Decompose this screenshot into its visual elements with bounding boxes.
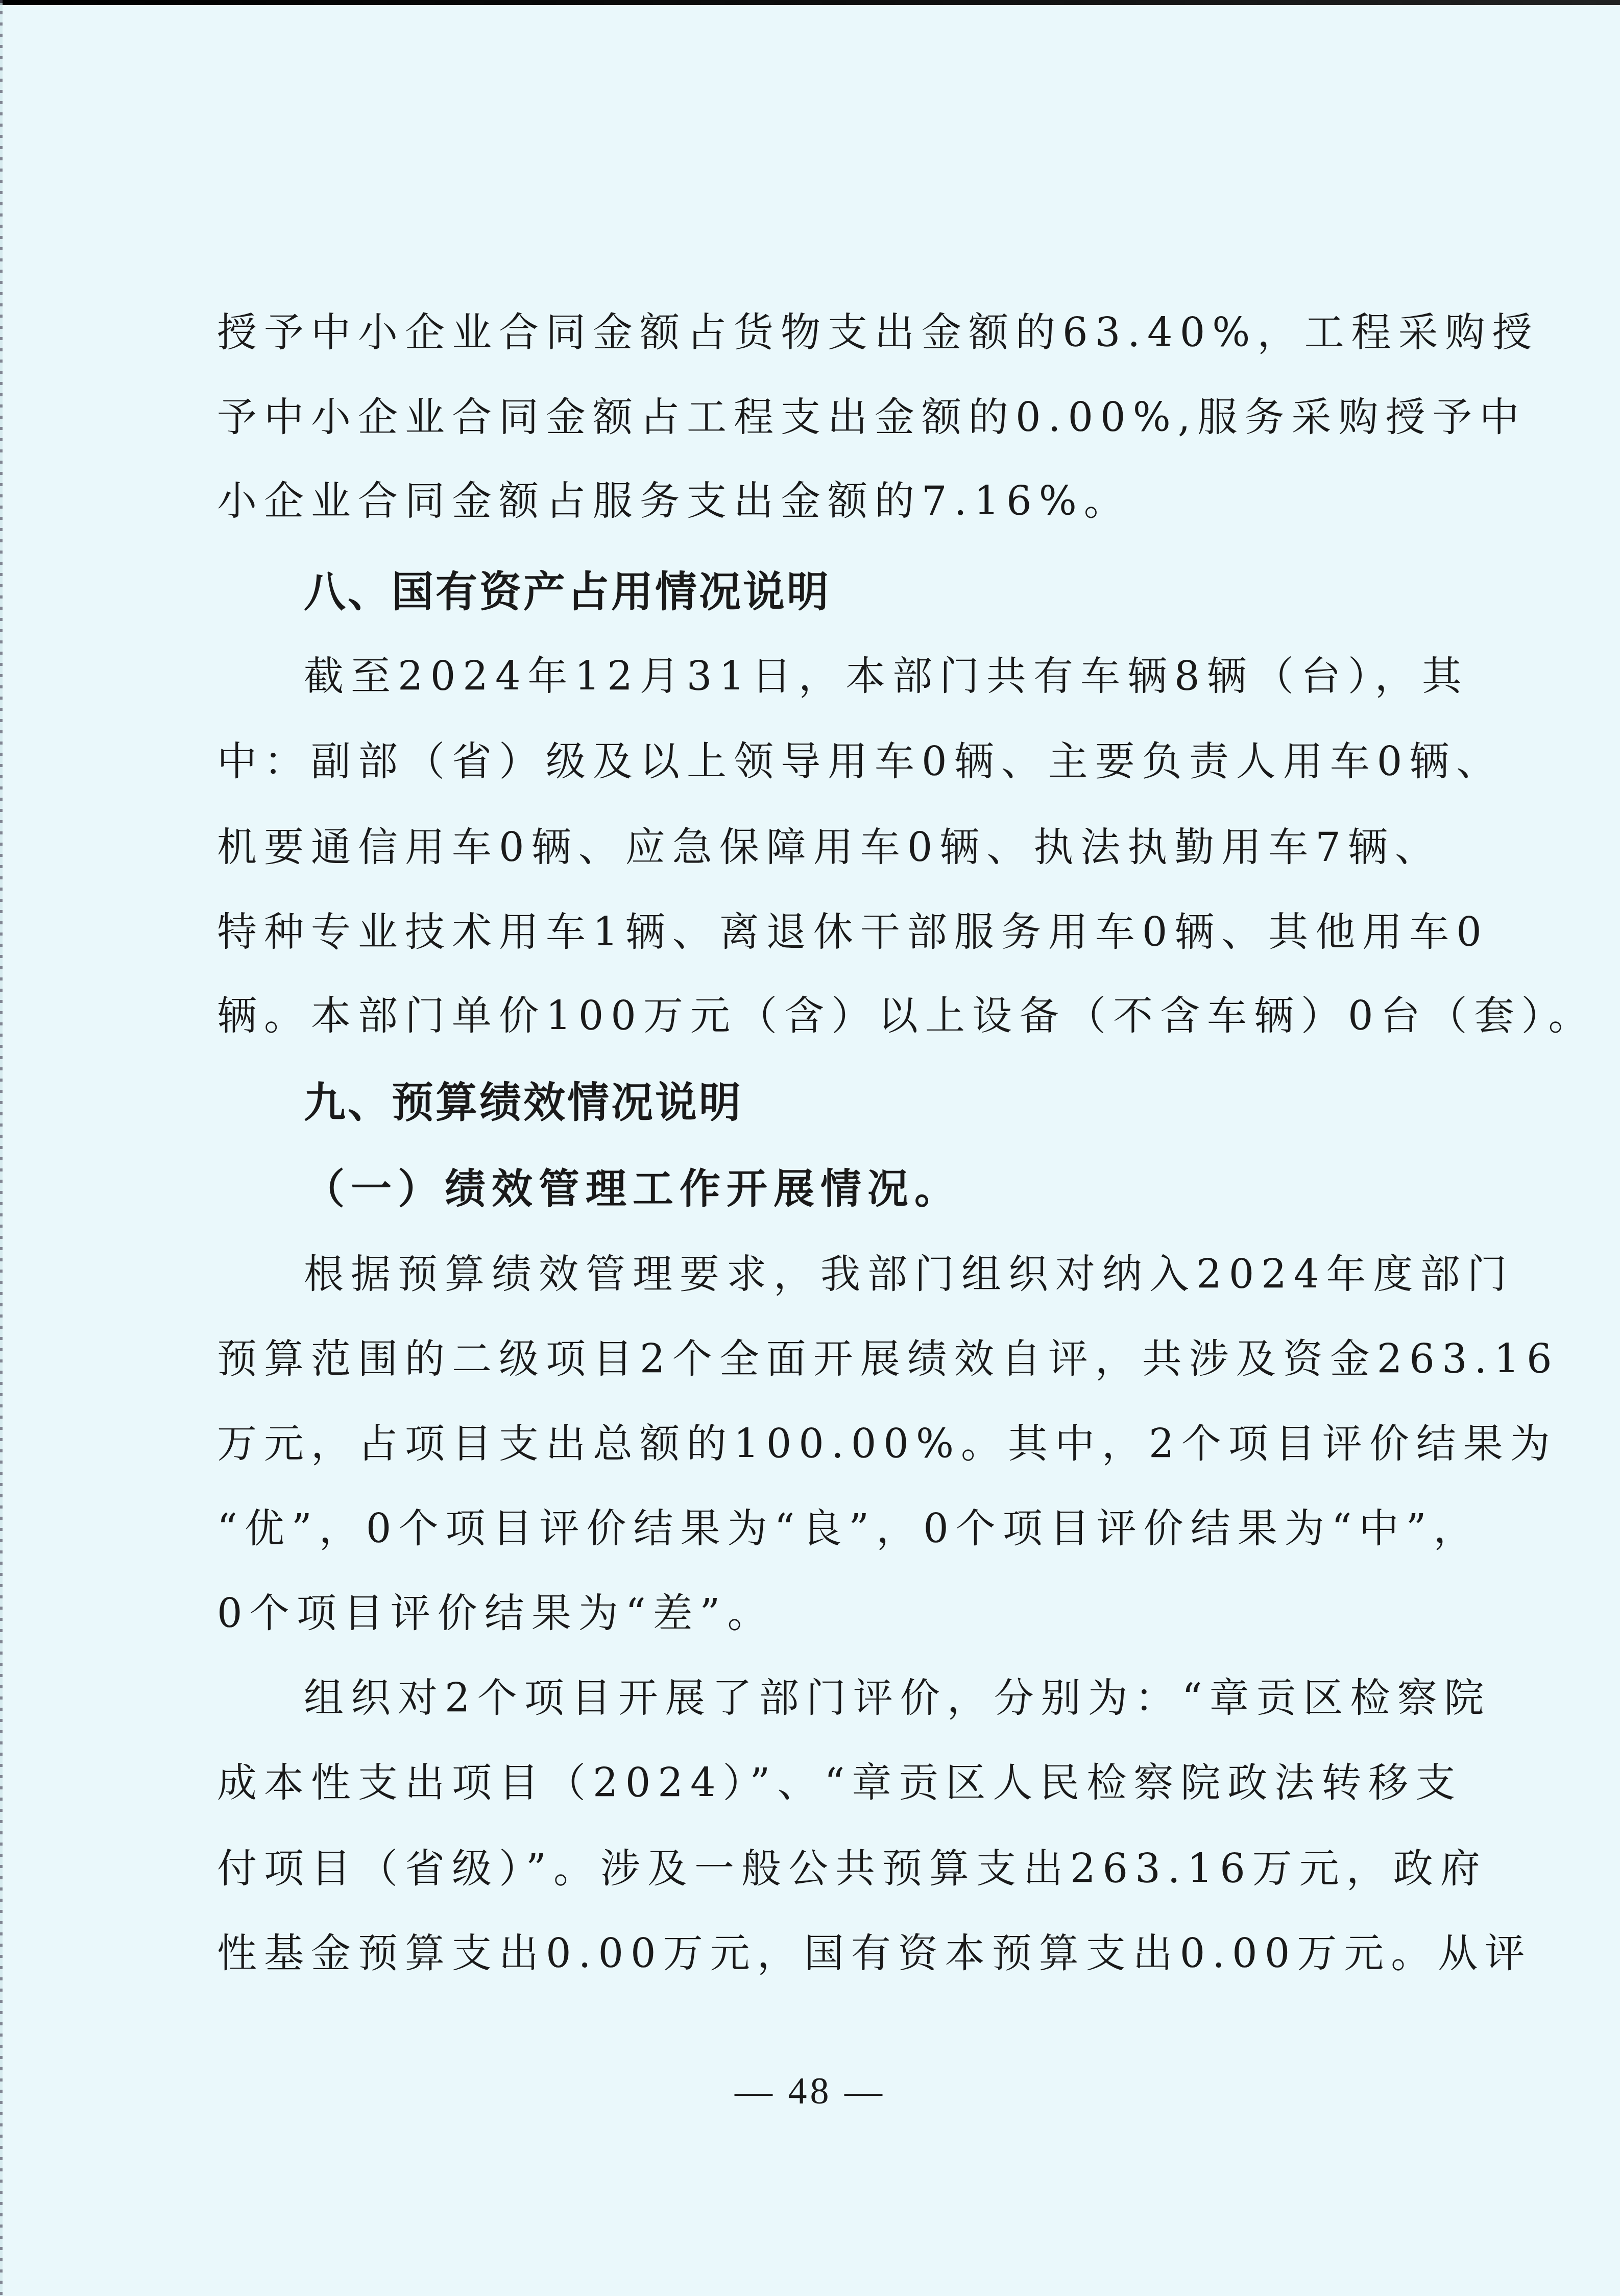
paragraph-line: 成本性支出项目（2024）”、“章贡区人民检察院政法转移支: [217, 1758, 1412, 1809]
paragraph-line: 机要通信用车0辆、应急保障用车0辆、执法执勤用车7辆、: [217, 822, 1412, 873]
paragraph-line: 辆。本部门单价100万元（含）以上设备（不含车辆）0台（套）。: [217, 991, 1412, 1042]
document-page: 授予中小企业合同金额占货物支出金额的63.40%，工程采购授 予中小企业合同金额…: [0, 0, 1620, 2296]
paragraph-line: 特种专业技术用车1辆、离退休干部服务用车0辆、其他用车0: [217, 907, 1412, 958]
section-heading-budget-performance: 九、预算绩效情况说明: [304, 1078, 743, 1129]
paragraph-line: 中：副部（省）级及以上领导用车0辆、主要负责人用车0辆、: [217, 736, 1412, 787]
paragraph-line: 截至2024年12月31日，本部门共有车辆8辆（台），其: [304, 651, 1412, 702]
section-heading-state-assets: 八、国有资产占用情况说明: [304, 567, 831, 618]
paragraph-line: 性基金预算支出0.00万元，国有资本预算支出0.00万元。从评: [217, 1928, 1412, 1979]
paragraph-line: 小企业合同金额占服务支出金额的7.16%。: [217, 476, 1412, 527]
paragraph-line: 0个项目评价结果为“差”。: [217, 1588, 1412, 1639]
paragraph-line: 预算范围的二级项目2个全面开展绩效自评，共涉及资金263.16: [217, 1334, 1412, 1385]
paragraph-line: “优”，0个项目评价结果为“良”，0个项目评价结果为“中”，: [217, 1503, 1412, 1554]
paragraph-line: 付项目（省级）”。涉及一般公共预算支出263.16万元，政府: [217, 1844, 1412, 1895]
paragraph-line: 万元，占项目支出总额的100.00%。其中，2个项目评价结果为: [217, 1419, 1412, 1470]
paragraph-line: 根据预算绩效管理要求，我部门组织对纳入2024年度部门: [304, 1249, 1412, 1300]
paragraph-line: 授予中小企业合同金额占货物支出金额的63.40%，工程采购授: [217, 307, 1412, 358]
paragraph-line: 组织对2个项目开展了部门评价，分别为：“章贡区检察院: [304, 1673, 1412, 1724]
paragraph-line: 予中小企业合同金额占工程支出金额的0.00%,服务采购授予中: [217, 392, 1412, 443]
page-number: — 48 —: [0, 2068, 1620, 2114]
subsection-heading-performance-management: （一）绩效管理工作开展情况。: [304, 1163, 961, 1214]
